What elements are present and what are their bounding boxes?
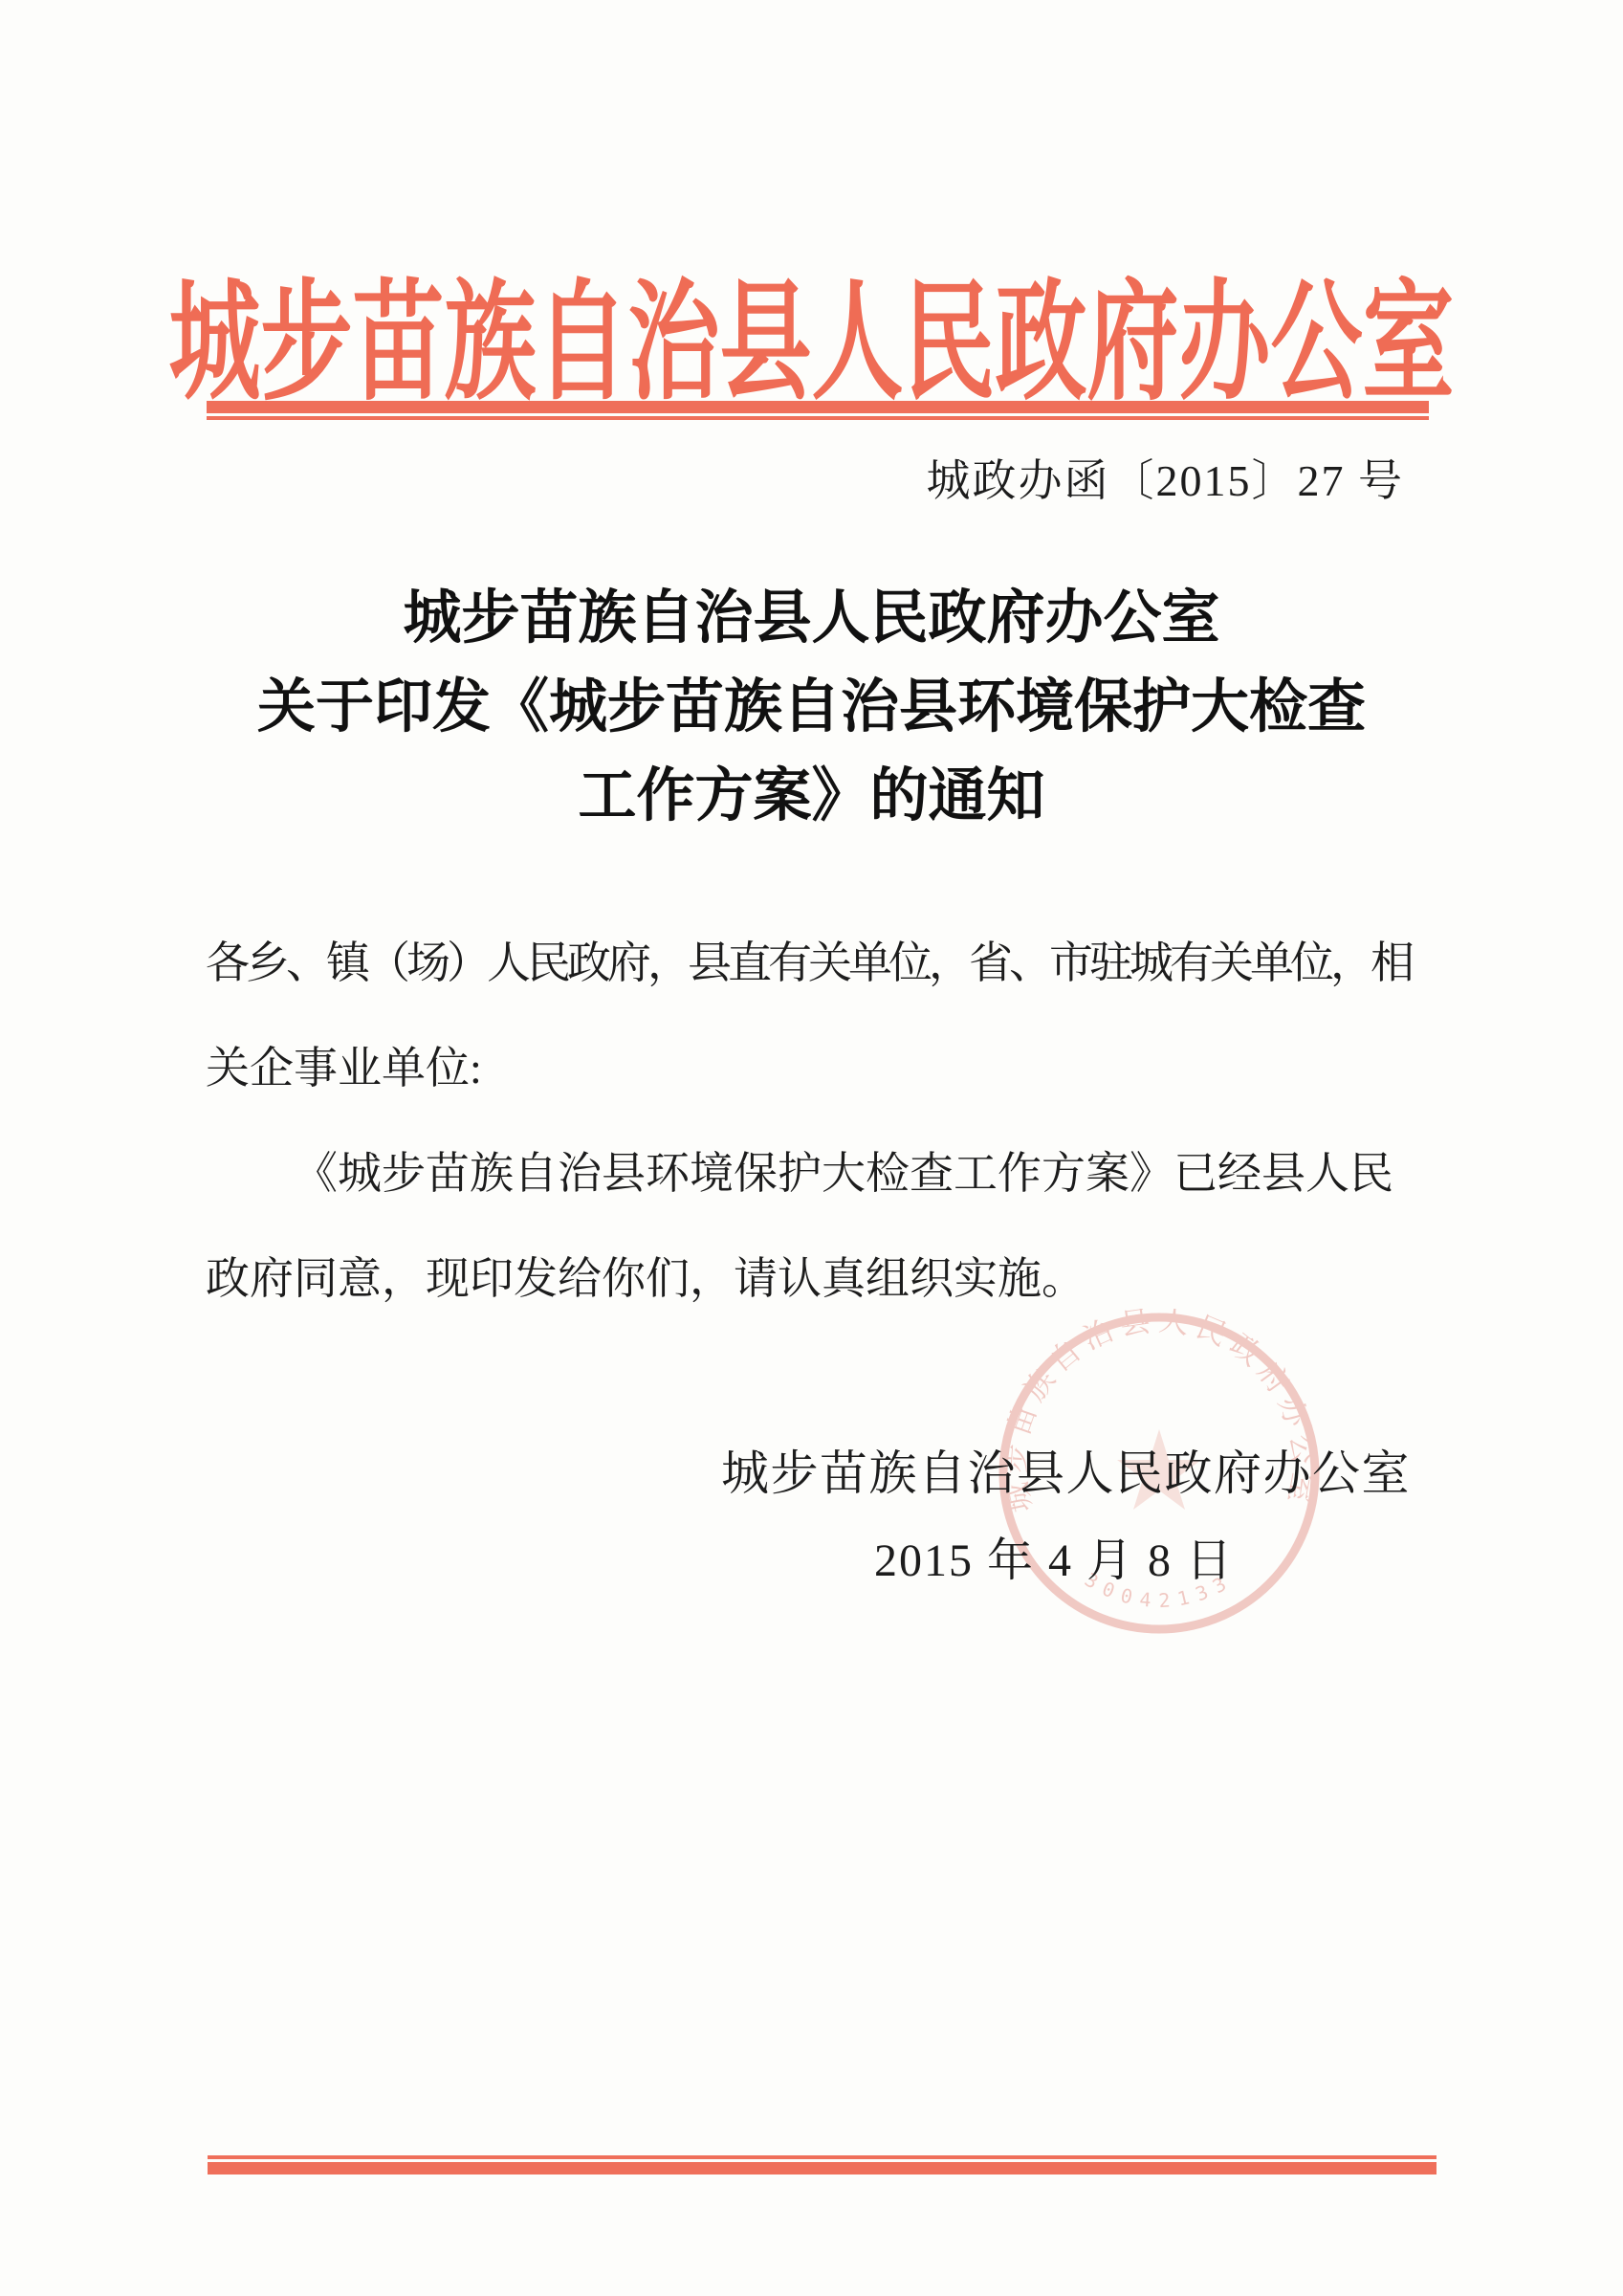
- letterhead-rule-thin: [207, 416, 1429, 420]
- signature-date: 2015 年 4 月 8 日: [874, 1523, 1234, 1589]
- doc-number: 城政办函〔2015〕27 号: [927, 446, 1405, 509]
- body-paragraph-line-1: 《城步苗族自治县环境保护大检查工作方案》已经县人民: [206, 1121, 1426, 1226]
- document-page: 城步苗族自治县人民政府办公室 城政办函〔2015〕27 号 城步苗族自治县人民政…: [0, 0, 1623, 2296]
- footer-rule: [208, 2155, 1437, 2175]
- letterhead-org-name: 城步苗族自治县人民政府办公室: [0, 239, 1623, 426]
- letterhead-rule-thick: [207, 401, 1429, 413]
- footer-rule-thick: [208, 2162, 1437, 2175]
- doc-title: 城步苗族自治县人民政府办公室 关于印发《城步苗族自治县环境保护大检查 工作方案》…: [0, 574, 1623, 841]
- doc-title-line-1: 城步苗族自治县人民政府办公室: [0, 574, 1623, 663]
- body-paragraph-line-2: 政府同意，现印发给你们，请认真组织实施。: [206, 1226, 1426, 1332]
- signature-org: 城步苗族自治县人民政府办公室: [721, 1435, 1411, 1504]
- doc-title-line-2: 关于印发《城步苗族自治县环境保护大检查: [0, 663, 1623, 752]
- doc-title-line-3: 工作方案》的通知: [0, 752, 1623, 841]
- doc-body: 各乡、镇（场）人民政府，县直有关单位，省、市驻城有关单位，相 关企事业单位: 《…: [206, 911, 1426, 1332]
- body-recipients-line-1: 各乡、镇（场）人民政府，县直有关单位，省、市驻城有关单位，相: [206, 911, 1426, 1016]
- body-recipients-line-2: 关企事业单位:: [206, 1016, 1426, 1121]
- letterhead-rule: [207, 401, 1429, 420]
